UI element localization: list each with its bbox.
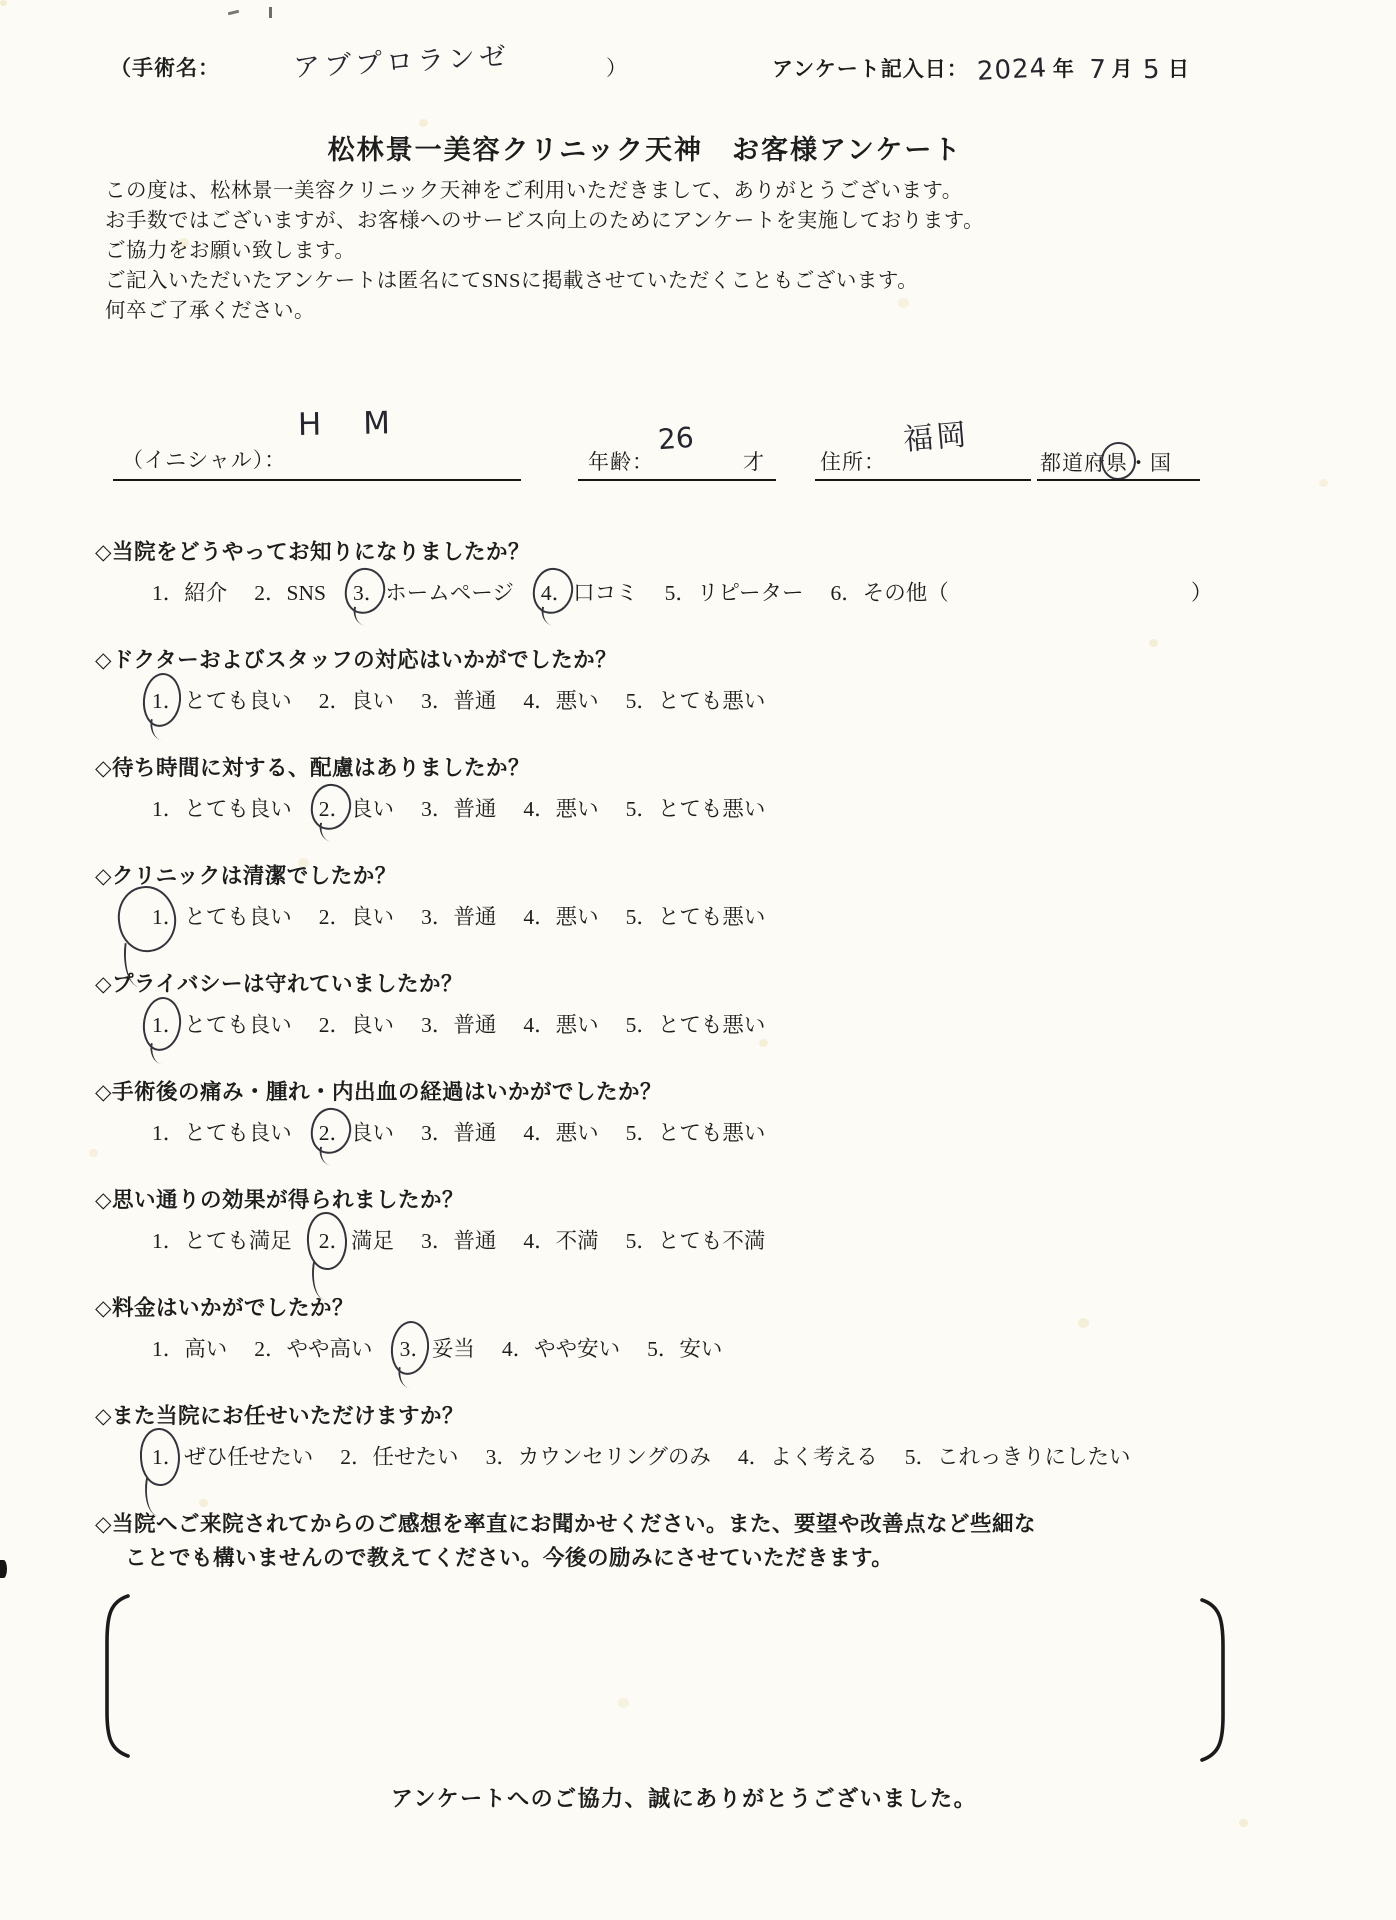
option-label: 不満: [556, 1224, 599, 1255]
option: 5．とても悪い: [626, 1008, 766, 1039]
option: 2．良い: [319, 684, 394, 715]
option-number: 4．: [523, 792, 555, 823]
option: 3．普通: [421, 1224, 496, 1255]
option-number: 5．: [626, 1224, 658, 1255]
option: 1．とても良い: [152, 1008, 292, 1039]
question-prompt-line2: ことでも構いませんので教えてください。今後の励みにさせていただきます。: [95, 1543, 1375, 1573]
option: 5．とても悪い: [626, 1116, 766, 1147]
option-number-circled: 2．: [319, 1224, 351, 1255]
option: 3．ホームページ: [353, 576, 514, 607]
option-label: 安い: [679, 1332, 722, 1363]
options-row: 1．とても良い2．良い3．普通4．悪い5．とても悪い: [152, 900, 1375, 931]
option-label: よく考える: [770, 1440, 878, 1471]
options-row: 1．とても良い2．良い3．普通4．悪い5．とても悪い: [152, 684, 1375, 715]
question-block: ◇手術後の痛み・腫れ・内出血の経過はいかがでしたか？1．とても良い2．良い3．普…: [95, 1077, 1375, 1147]
surgery-close-paren: ）: [606, 52, 628, 82]
intro-line: 何卒ご了承ください。: [105, 296, 984, 326]
option-number: 5．: [626, 792, 658, 823]
surgery-name-label: （手術名：: [110, 52, 220, 82]
option: 4．悪い: [523, 792, 598, 823]
question-prompt: ◇プライバシーは守れていましたか？: [95, 969, 1375, 999]
intro-line: この度は、松林景一美容クリニック天神をご利用いただきまして、ありがとうございます…: [105, 176, 984, 206]
option: 1．とても良い: [152, 1116, 292, 1147]
option-number: 4．: [502, 1332, 534, 1363]
option-label: とても悪い: [658, 900, 766, 931]
scanned-survey-page: （手術名： アブプロランゼ ） アンケート記入日：2024年7月5日 松林景一美…: [0, 0, 1396, 1920]
option: 2．良い: [319, 1008, 394, 1039]
survey-date-label: アンケート記入日：: [772, 57, 969, 81]
option-label: ホームページ: [385, 576, 514, 607]
option-label: 悪い: [556, 792, 599, 823]
option-label: これっきりにしたい: [937, 1440, 1131, 1471]
question-block: ◇プライバシーは守れていましたか？1．とても良い2．良い3．普通4．悪い5．とて…: [95, 969, 1375, 1039]
options-row: 1．とても良い2．良い3．普通4．悪い5．とても悪い: [152, 792, 1375, 823]
option: 2．任せたい: [340, 1440, 458, 1471]
question-block: ◇また当院にお任せいただけますか？1．ぜひ任せたい2．任せたい3．カウンセリング…: [95, 1401, 1375, 1471]
option: 3．妥当: [400, 1332, 475, 1363]
option: 3．普通: [421, 792, 496, 823]
option-label: 普通: [453, 1008, 496, 1039]
option: 4．やや安い: [502, 1332, 620, 1363]
option-number: 4．: [738, 1440, 770, 1471]
option: 4．悪い: [523, 1008, 598, 1039]
option-label: とても不満: [658, 1224, 766, 1255]
option-number: 3．: [421, 684, 453, 715]
age-label: 年齢：: [588, 446, 654, 476]
questions: ◇当院をどうやってお知りになりましたか？1．紹介2．SNS3．ホームページ4．口…: [95, 537, 1375, 1611]
thanks-line: アンケートへのご協力、誠にありがとうございました。: [0, 1782, 1368, 1813]
option: 1．ぜひ任せたい: [152, 1440, 313, 1471]
question-prompt: ◇当院へご来院されてからのご感想を率直にお聞かせください。また、要望や改善点など…: [95, 1509, 1375, 1539]
address-label: 住所：: [820, 446, 886, 476]
question-block: ◇クリニックは清潔でしたか？1．とても良い2．良い3．普通4．悪い5．とても悪い: [95, 861, 1375, 931]
option-label: 高い: [184, 1332, 227, 1363]
option-label: 普通: [453, 792, 496, 823]
question-prompt: ◇料金はいかがでしたか？: [95, 1293, 1375, 1323]
option-number: 1．: [152, 1332, 184, 1363]
option-number: 5．: [626, 684, 658, 715]
option: 4．悪い: [523, 684, 598, 715]
option: 4．不満: [523, 1224, 598, 1255]
option-label: とても悪い: [658, 792, 766, 823]
question-prompt: ◇思い通りの効果が得られましたか？: [95, 1185, 1375, 1215]
option-label: その他（: [863, 576, 949, 607]
initial-handwritten: H M: [298, 405, 407, 443]
option-number: 2．: [319, 900, 351, 931]
options-row: 1．とても良い2．良い3．普通4．悪い5．とても悪い: [152, 1116, 1375, 1147]
option-label: 良い: [351, 684, 394, 715]
date-day-handwritten: 5: [1143, 55, 1162, 86]
option-label: やや安い: [534, 1332, 620, 1363]
option-label: ぜひ任せたい: [184, 1440, 313, 1471]
option-label: 妥当: [432, 1332, 475, 1363]
question-block: ◇待ち時間に対する、配慮はありましたか？1．とても良い2．良い3．普通4．悪い5…: [95, 753, 1375, 823]
options-row: 1．紹介2．SNS3．ホームページ4．口コミ5．リピーター6．その他（）: [152, 576, 1375, 607]
date-year-handwritten: 2024: [976, 53, 1048, 87]
month-unit: 月: [1111, 57, 1133, 81]
option-label: とても良い: [184, 1116, 292, 1147]
option-number: 4．: [523, 684, 555, 715]
option: 4．口コミ: [541, 576, 638, 607]
scan-artifact: [228, 10, 239, 16]
option: 1．とても良い: [152, 900, 292, 931]
option-number: 4．: [523, 1008, 555, 1039]
form-title: 松林景一美容クリニック天神 お客様アンケート: [0, 128, 1290, 167]
date-month-handwritten: 7: [1088, 55, 1107, 86]
region-underline: [1037, 479, 1200, 481]
initial-label: （イニシャル）：: [122, 444, 286, 474]
option-number: 2．: [254, 1332, 286, 1363]
option-number-circled: 1．: [152, 900, 184, 931]
option-label: 満足: [351, 1224, 394, 1255]
option-number-circled: 1．: [152, 684, 184, 715]
option: 6．その他（: [831, 576, 949, 607]
option: 5．とても悪い: [626, 792, 766, 823]
age-unit: 才: [743, 446, 765, 476]
option: 3．普通: [421, 1008, 496, 1039]
option-number: 1．: [152, 1224, 184, 1255]
option-label: とても良い: [184, 1008, 292, 1039]
option-number: 5．: [626, 900, 658, 931]
option-label: 普通: [453, 900, 496, 931]
options-row: 1．ぜひ任せたい2．任せたい3．カウンセリングのみ4．よく考える5．これっきりに…: [152, 1440, 1375, 1471]
scan-artifact: [0, 1560, 7, 1578]
option: 1．紹介: [152, 576, 227, 607]
age-handwritten: 26: [657, 421, 695, 456]
option: 3．普通: [421, 684, 496, 715]
survey-date-line: アンケート記入日：2024年7月5日: [772, 53, 1190, 83]
option: 3．カウンセリングのみ: [486, 1440, 711, 1471]
comment-box: [118, 1598, 1208, 1748]
option-number-circled: 1．: [152, 1440, 184, 1471]
option-number: 3．: [421, 792, 453, 823]
question-prompt: ◇当院をどうやってお知りになりましたか？: [95, 537, 1375, 567]
option: 5．安い: [647, 1332, 722, 1363]
option-label: とても悪い: [658, 1116, 766, 1147]
option-label: 紹介: [184, 576, 227, 607]
option-number: 1．: [152, 1116, 184, 1147]
intro-line: ご協力をお願い致します。: [105, 236, 984, 266]
question-prompt: ◇また当院にお任せいただけますか？: [95, 1401, 1375, 1431]
option: 5．とても悪い: [626, 684, 766, 715]
question-block: ◇思い通りの効果が得られましたか？1．とても満足2．満足3．普通4．不満5．とて…: [95, 1185, 1375, 1255]
option: 5．リピーター: [665, 576, 804, 607]
option-number: 5．: [905, 1440, 937, 1471]
option: 3．普通: [421, 900, 496, 931]
option-label: 良い: [351, 792, 394, 823]
option-label: 良い: [351, 1008, 394, 1039]
option: 2．良い: [319, 792, 394, 823]
option-number: 4．: [523, 900, 555, 931]
option: 4．悪い: [523, 1116, 598, 1147]
intro-paragraph: この度は、松林景一美容クリニック天神をご利用いただきまして、ありがとうございます…: [105, 176, 984, 326]
option-number: 3．: [421, 1224, 453, 1255]
option-label: SNS: [287, 581, 326, 606]
option-number: 1．: [152, 576, 184, 607]
option-label: 悪い: [556, 1116, 599, 1147]
option: 1．とても良い: [152, 792, 292, 823]
option-number: 4．: [523, 1116, 555, 1147]
option: 1．高い: [152, 1332, 227, 1363]
option-number: 6．: [831, 576, 863, 607]
region-pre: 都道府: [1040, 451, 1106, 475]
option-label: 悪い: [556, 1008, 599, 1039]
question-block: ◇当院へご来院されてからのご感想を率直にお聞かせください。また、要望や改善点など…: [95, 1509, 1375, 1573]
initial-underline: [113, 479, 521, 481]
intro-line: ご記入いただいたアンケートは匿名にてSNSに掲載させていただくこともございます。: [105, 266, 984, 296]
option-number-circled: 3．: [353, 576, 385, 607]
address-underline: [815, 479, 1031, 481]
option-label: 任せたい: [373, 1440, 459, 1471]
surgery-name-handwritten: アブプロランゼ: [292, 34, 511, 84]
option: 4．悪い: [523, 900, 598, 931]
question-block: ◇ドクターおよびスタッフの対応はいかがでしたか？1．とても良い2．良い3．普通4…: [95, 645, 1375, 715]
option-number-circled: 3．: [400, 1332, 432, 1363]
question-block: ◇料金はいかがでしたか？1．高い2．やや高い3．妥当4．やや安い5．安い: [95, 1293, 1375, 1363]
option: 1．とても良い: [152, 684, 292, 715]
option-number: 5．: [647, 1332, 679, 1363]
intro-line: お手数ではございますが、お客様へのサービス向上のためにアンケートを実施しておりま…: [105, 206, 984, 236]
option: 5．とても悪い: [626, 900, 766, 931]
day-unit: 日: [1168, 57, 1190, 81]
option-label: 普通: [453, 1116, 496, 1147]
option: 3．普通: [421, 1116, 496, 1147]
option: 2．良い: [319, 1116, 394, 1147]
option: 4．よく考える: [738, 1440, 878, 1471]
question-prompt: ◇ドクターおよびスタッフの対応はいかがでしたか？: [95, 645, 1375, 675]
option-label: 悪い: [556, 684, 599, 715]
option-label: やや高い: [287, 1332, 373, 1363]
address-handwritten: 福岡: [901, 409, 971, 459]
option-label: リピーター: [697, 576, 804, 607]
region-select-text: 都道府県・国: [1040, 447, 1172, 477]
question-prompt: ◇クリニックは清潔でしたか？: [95, 861, 1375, 891]
option-label: 良い: [351, 1116, 394, 1147]
question-prompt: ◇手術後の痛み・腫れ・内出血の経過はいかがでしたか？: [95, 1077, 1375, 1107]
option-number-circled: 1．: [152, 1008, 184, 1039]
question-prompt: ◇待ち時間に対する、配慮はありましたか？: [95, 753, 1375, 783]
option-number: 3．: [421, 1008, 453, 1039]
options-row: 1．とても満足2．満足3．普通4．不満5．とても不満: [152, 1224, 1375, 1255]
option: 2．良い: [319, 900, 394, 931]
option-label: とても悪い: [658, 684, 766, 715]
region-circled-choice: 県: [1106, 447, 1128, 477]
option-label: カウンセリングのみ: [518, 1440, 711, 1471]
option-number-circled: 2．: [319, 1116, 351, 1147]
option-label: とても良い: [184, 684, 292, 715]
option-label: 普通: [453, 1224, 496, 1255]
option-label: とても悪い: [658, 1008, 766, 1039]
option: 2．満足: [319, 1224, 394, 1255]
option-number: 3．: [486, 1440, 518, 1471]
option-number: 2．: [340, 1440, 372, 1471]
option-number: 3．: [421, 1116, 453, 1147]
comment-bracket-right: [1192, 1594, 1234, 1766]
option: 1．とても満足: [152, 1224, 292, 1255]
options-row: 1．とても良い2．良い3．普通4．悪い5．とても悪い: [152, 1008, 1375, 1039]
option-label: 良い: [351, 900, 394, 931]
option-number: 2．: [319, 1008, 351, 1039]
option-number: 2．: [319, 684, 351, 715]
question-block: ◇当院をどうやってお知りになりましたか？1．紹介2．SNS3．ホームページ4．口…: [95, 537, 1375, 607]
option-number: 4．: [523, 1224, 555, 1255]
option-label: 口コミ: [573, 576, 638, 607]
option-label: とても良い: [184, 900, 292, 931]
option-label: とても良い: [184, 792, 292, 823]
option: 2．SNS: [254, 576, 326, 607]
option-number: 2．: [254, 576, 286, 607]
option-number: 1．: [152, 792, 184, 823]
scan-artifact: [269, 7, 272, 18]
option-label: とても満足: [184, 1224, 292, 1255]
year-unit: 年: [1053, 57, 1075, 81]
option-number-circled: 4．: [541, 576, 573, 607]
option-label: 悪い: [556, 900, 599, 931]
age-underline: [578, 479, 776, 481]
option: 2．やや高い: [254, 1332, 372, 1363]
option-number: 5．: [626, 1116, 658, 1147]
options-row: 1．高い2．やや高い3．妥当4．やや安い5．安い: [152, 1332, 1375, 1363]
option-number: 5．: [626, 1008, 658, 1039]
option-label: 普通: [453, 684, 496, 715]
option-number-circled: 2．: [319, 792, 351, 823]
option-number: 3．: [421, 900, 453, 931]
other-close-paren: ）: [1191, 576, 1213, 607]
option-number: 5．: [665, 576, 697, 607]
option: 5．とても不満: [626, 1224, 766, 1255]
option: 5．これっきりにしたい: [905, 1440, 1131, 1471]
